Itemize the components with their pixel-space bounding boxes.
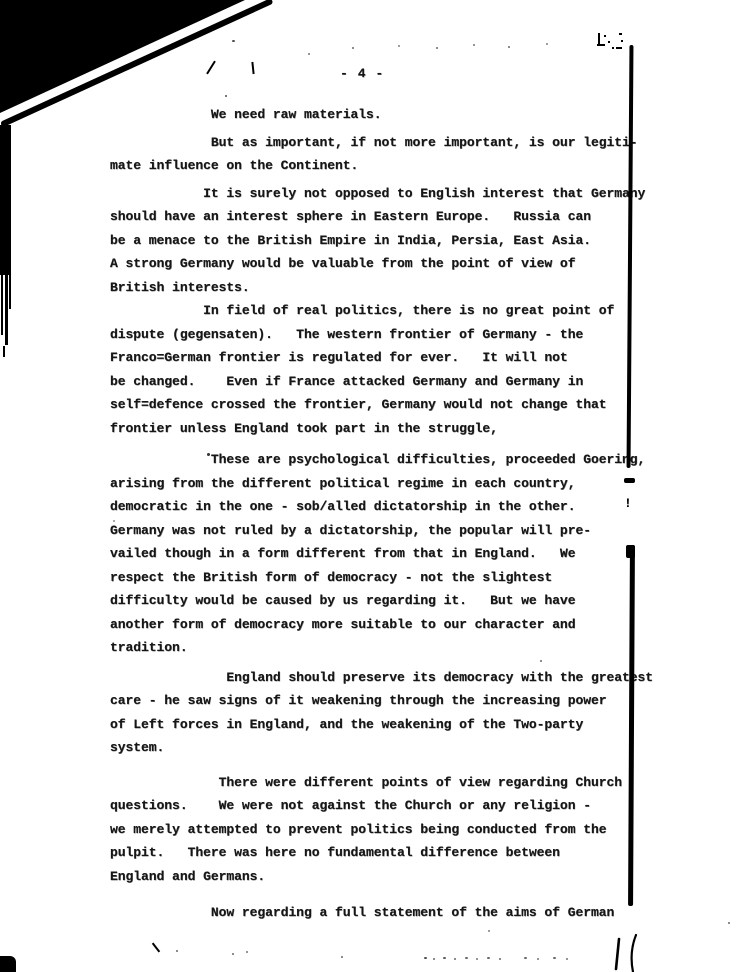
pencil-mark xyxy=(251,62,254,74)
scan-speck xyxy=(232,953,234,955)
scan-speck xyxy=(476,958,478,960)
scan-speck xyxy=(133,332,135,334)
scan-speck xyxy=(424,957,427,959)
pencil-mark xyxy=(152,943,160,953)
paragraph: We need raw materials. xyxy=(110,103,670,127)
paragraph: There were different points of view rega… xyxy=(110,771,670,889)
scan-left-streak xyxy=(1,273,3,335)
scan-right-line-blob xyxy=(626,545,635,558)
handwritten-mark xyxy=(605,933,647,972)
scan-speck xyxy=(728,922,730,924)
scan-speck xyxy=(328,334,330,336)
stamp-smudge xyxy=(596,30,630,54)
page-number: - 4 - xyxy=(340,66,384,81)
scan-speck xyxy=(308,53,310,55)
scan-speck xyxy=(352,47,354,49)
scan-speck xyxy=(465,957,468,959)
scan-speck xyxy=(436,47,438,49)
scan-speck xyxy=(454,958,456,960)
scan-left-edge-mark xyxy=(0,125,11,275)
scan-speck xyxy=(473,44,475,46)
scanned-document-page: - 4 - We need raw materials. But as impo… xyxy=(0,0,750,972)
scan-speck xyxy=(207,453,210,456)
scan-speck xyxy=(341,956,343,958)
paragraph: England should preserve its democracy wi… xyxy=(110,666,670,760)
scan-speck xyxy=(487,957,490,959)
scan-speck xyxy=(176,950,178,952)
scan-speck xyxy=(546,43,548,45)
scan-speck xyxy=(113,520,115,522)
scan-speck xyxy=(553,957,556,959)
scan-speck xyxy=(246,951,248,953)
scan-right-line-end xyxy=(624,478,635,483)
scan-speck xyxy=(524,957,527,959)
pencil-mark xyxy=(206,61,216,75)
scan-speck xyxy=(508,46,510,48)
paragraph: These are psychological difficulties, pr… xyxy=(110,448,670,660)
scan-speck xyxy=(499,958,501,960)
typed-text-block: We need raw materials. But as important,… xyxy=(110,100,670,925)
scan-speck xyxy=(433,958,435,960)
scan-speck xyxy=(443,957,446,959)
scan-speck xyxy=(232,40,235,42)
scan-speck xyxy=(540,660,542,662)
scan-left-streak xyxy=(5,273,8,345)
scan-speck xyxy=(168,48,170,50)
scan-speck xyxy=(96,40,98,43)
scan-bottom-left-blob xyxy=(0,956,16,972)
scan-speck xyxy=(566,958,568,960)
margin-exclamation-mark: ! xyxy=(624,496,632,511)
paragraph: But as important, if not more important,… xyxy=(110,131,670,178)
scan-speck xyxy=(488,930,490,932)
scan-speck xyxy=(398,45,400,47)
scan-speck xyxy=(225,95,227,97)
paragraph: Now regarding a full statement of the ai… xyxy=(110,901,670,925)
scan-speck xyxy=(537,958,539,960)
scan-left-streak xyxy=(9,273,11,309)
paragraph: In field of real politics, there is no g… xyxy=(110,299,670,440)
paragraph: It is surely not opposed to English inte… xyxy=(110,182,670,300)
scan-left-streak xyxy=(3,346,5,357)
